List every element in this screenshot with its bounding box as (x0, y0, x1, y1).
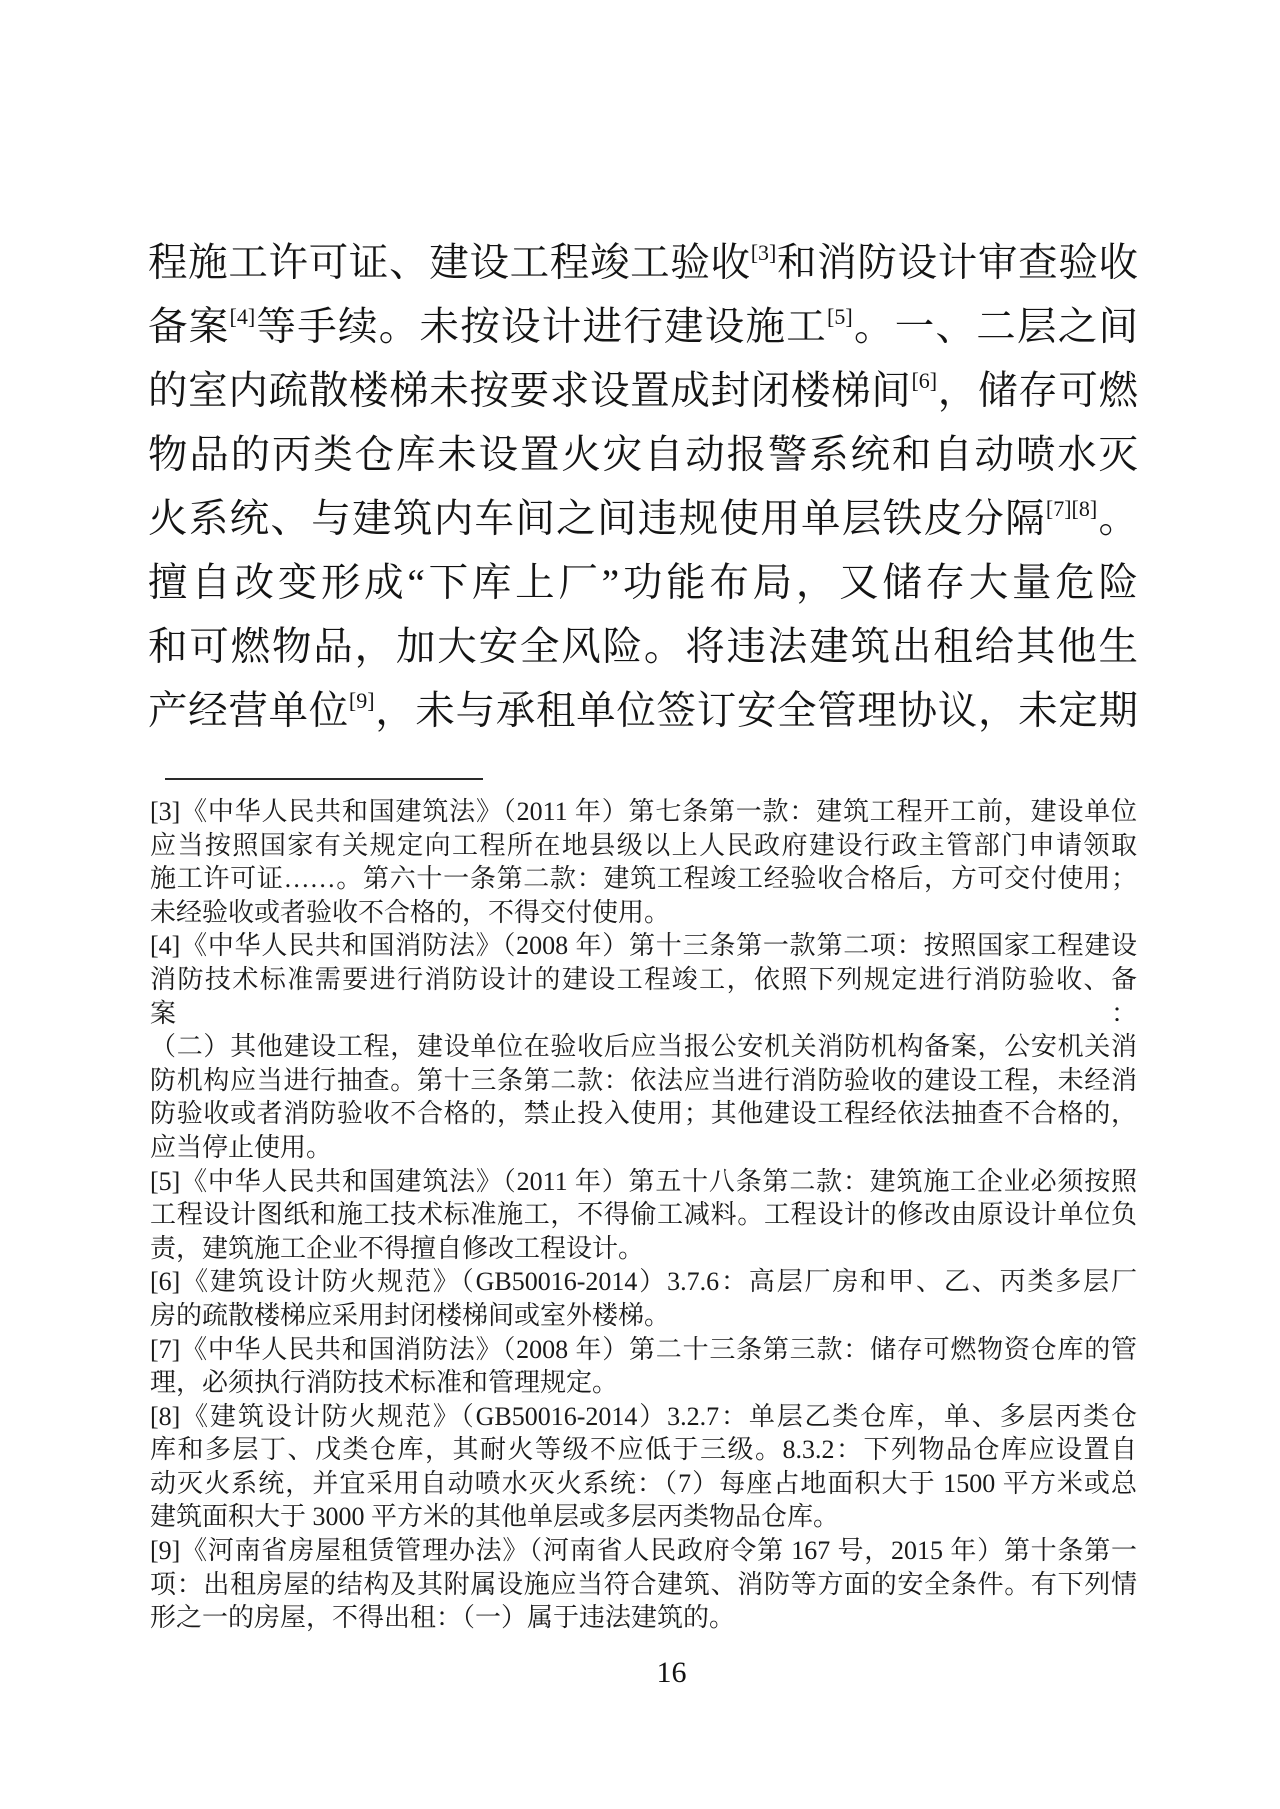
body-line: 产经营单位[9]，未与承租单位签订安全管理协议，未定期 (148, 679, 1138, 743)
footnote-ref: [7][8] (1046, 496, 1097, 521)
footnote-line: 消防技术标准需要进行消防设计的建设工程竣工，依照下列规定进行消防验收、备案： (150, 963, 1137, 1030)
body-text-segment: 和消防设计审查验收 (776, 241, 1138, 285)
body-text-segment: 和可燃物品，加大安全风险。将违法建筑出租给其他生 (148, 625, 1138, 669)
footnote-line: [8]《建筑设计防火规范》（GB50016-2014）3.2.7：单层乙类仓库，… (150, 1400, 1137, 1434)
footnote-line: [3]《中华人民共和国建筑法》（2011 年）第七条第一款：建筑工程开工前，建设… (150, 795, 1137, 829)
footnote-ref: [5] (827, 304, 853, 329)
footnote-line: 理，必须执行消防技术标准和管理规定。 (150, 1366, 1137, 1400)
body-line: 火系统、与建筑内车间之间违规使用单层铁皮分隔[7][8]。 (148, 487, 1138, 551)
footnote-line: 工程设计图纸和施工技术标准施工，不得偷工减料。工程设计的修改由原设计单位负 (150, 1198, 1137, 1232)
document-page: 程施工许可证、建设工程竣工验收[3]和消防设计审查验收备案[4]等手续。未按设计… (0, 0, 1280, 1809)
footnote-ref: [6] (911, 368, 937, 393)
footnote-line: 项：出租房屋的结构及其附属设施应当符合建筑、消防等方面的安全条件。有下列情 (150, 1568, 1137, 1602)
footnote-line: 应当按照国家有关规定向工程所在地县级以上人民政府建设行政主管部门申请领取 (150, 829, 1137, 863)
footnote-line: 建筑面积大于 3000 平方米的其他单层或多层丙类物品仓库。 (150, 1500, 1137, 1534)
footnote-line: 应当停止使用。 (150, 1131, 1137, 1165)
footnote-ref: [3] (751, 240, 777, 265)
footnote-line: 库和多层丁、戊类仓库，其耐火等级不应低于三级。8.3.2：下列物品仓库应设置自 (150, 1433, 1137, 1467)
body-text-segment: 。 (1097, 497, 1138, 541)
body-text-segment: 擅自改变形成“下库上厂”功能布局，又储存大量危险 (148, 561, 1138, 605)
body-text-segment: 。一、二层之间 (853, 305, 1138, 349)
footnote-line: 未经验收或者验收不合格的，不得交付使用。 (150, 896, 1137, 930)
footnote-line: 责，建筑施工企业不得擅自修改工程设计。 (150, 1232, 1137, 1266)
footnote-line: 动灭火系统，并宜采用自动喷水灭火系统：（7）每座占地面积大于 1500 平方米或… (150, 1467, 1137, 1501)
footnote-line: 防验收或者消防验收不合格的，禁止投入使用；其他建设工程经依法抽查不合格的， (150, 1097, 1137, 1131)
body-text-segment: 火系统、与建筑内车间之间违规使用单层铁皮分隔 (148, 497, 1046, 541)
body-text-segment: 物品的丙类仓库未设置火灾自动报警系统和自动喷水灭 (148, 433, 1138, 477)
footnote-line: [7]《中华人民共和国消防法》（2008 年）第二十三条第三款：储存可燃物资仓库… (150, 1333, 1137, 1367)
body-line: 和可燃物品，加大安全风险。将违法建筑出租给其他生 (148, 615, 1138, 679)
body-paragraph: 程施工许可证、建设工程竣工验收[3]和消防设计审查验收备案[4]等手续。未按设计… (148, 231, 1138, 743)
body-line: 物品的丙类仓库未设置火灾自动报警系统和自动喷水灭 (148, 423, 1138, 487)
body-line: 的室内疏散楼梯未按要求设置成封闭楼梯间[6]，储存可燃 (148, 359, 1138, 423)
footnote-line: 形之一的房屋，不得出租：（一）属于违法建筑的。 (150, 1601, 1137, 1635)
body-text-segment: 备案 (148, 305, 230, 349)
footnote-line: 施工许可证……。第六十一条第二款：建筑工程竣工经验收合格后，方可交付使用； (150, 862, 1137, 896)
body-line: 擅自改变形成“下库上厂”功能布局，又储存大量危险 (148, 551, 1138, 615)
footnote-item: [8]《建筑设计防火规范》（GB50016-2014）3.2.7：单层乙类仓库，… (150, 1400, 1137, 1534)
footnote-line: [4]《中华人民共和国消防法》（2008 年）第十三条第一款第二项：按照国家工程… (150, 929, 1137, 963)
body-text-segment: 等手续。未按设计进行建设施工 (255, 305, 827, 349)
footnote-line: （二）其他建设工程，建设单位在验收后应当报公安机关消防机构备案，公安机关消 (150, 1030, 1137, 1064)
body-text-segment: 程施工许可证、建设工程竣工验收 (148, 241, 751, 285)
footnote-item: [9]《河南省房屋租赁管理办法》（河南省人民政府令第 167 号，2015 年）… (150, 1534, 1137, 1635)
body-text-segment: 的室内疏散楼梯未按要求设置成封闭楼梯间 (148, 369, 911, 413)
footnote-line: [5]《中华人民共和国建筑法》（2011 年）第五十八条第二款：建筑施工企业必须… (150, 1165, 1137, 1199)
body-text-segment: ，未与承租单位签订安全管理协议，未定期 (375, 689, 1138, 733)
footnote-ref: [9] (349, 688, 375, 713)
footnote-line: 房的疏散楼梯应采用封闭楼梯间或室外楼梯。 (150, 1299, 1137, 1333)
footnote-item: [6]《建筑设计防火规范》（GB50016-2014）3.7.6：高层厂房和甲、… (150, 1265, 1137, 1332)
body-line: 程施工许可证、建设工程竣工验收[3]和消防设计审查验收 (148, 231, 1138, 295)
footnote-item: [4]《中华人民共和国消防法》（2008 年）第十三条第一款第二项：按照国家工程… (150, 929, 1137, 1164)
footnote-item: [5]《中华人民共和国建筑法》（2011 年）第五十八条第二款：建筑施工企业必须… (150, 1165, 1137, 1266)
footnote-ref: [4] (230, 304, 256, 329)
body-text-segment: 产经营单位 (148, 689, 349, 733)
footnotes-section: [3]《中华人民共和国建筑法》（2011 年）第七条第一款：建筑工程开工前，建设… (150, 795, 1137, 1635)
footnote-line: [6]《建筑设计防火规范》（GB50016-2014）3.7.6：高层厂房和甲、… (150, 1265, 1137, 1299)
page-number: 16 (178, 1655, 1165, 1691)
footnote-item: [3]《中华人民共和国建筑法》（2011 年）第七条第一款：建筑工程开工前，建设… (150, 795, 1137, 929)
footnote-separator (165, 778, 483, 780)
body-line: 备案[4]等手续。未按设计进行建设施工[5]。一、二层之间 (148, 295, 1138, 359)
footnote-item: [7]《中华人民共和国消防法》（2008 年）第二十三条第三款：储存可燃物资仓库… (150, 1333, 1137, 1400)
footnote-line: 防机构应当进行抽查。第十三条第二款：依法应当进行消防验收的建设工程，未经消 (150, 1064, 1137, 1098)
footnote-line: [9]《河南省房屋租赁管理办法》（河南省人民政府令第 167 号，2015 年）… (150, 1534, 1137, 1568)
body-text-segment: ，储存可燃 (937, 369, 1138, 413)
